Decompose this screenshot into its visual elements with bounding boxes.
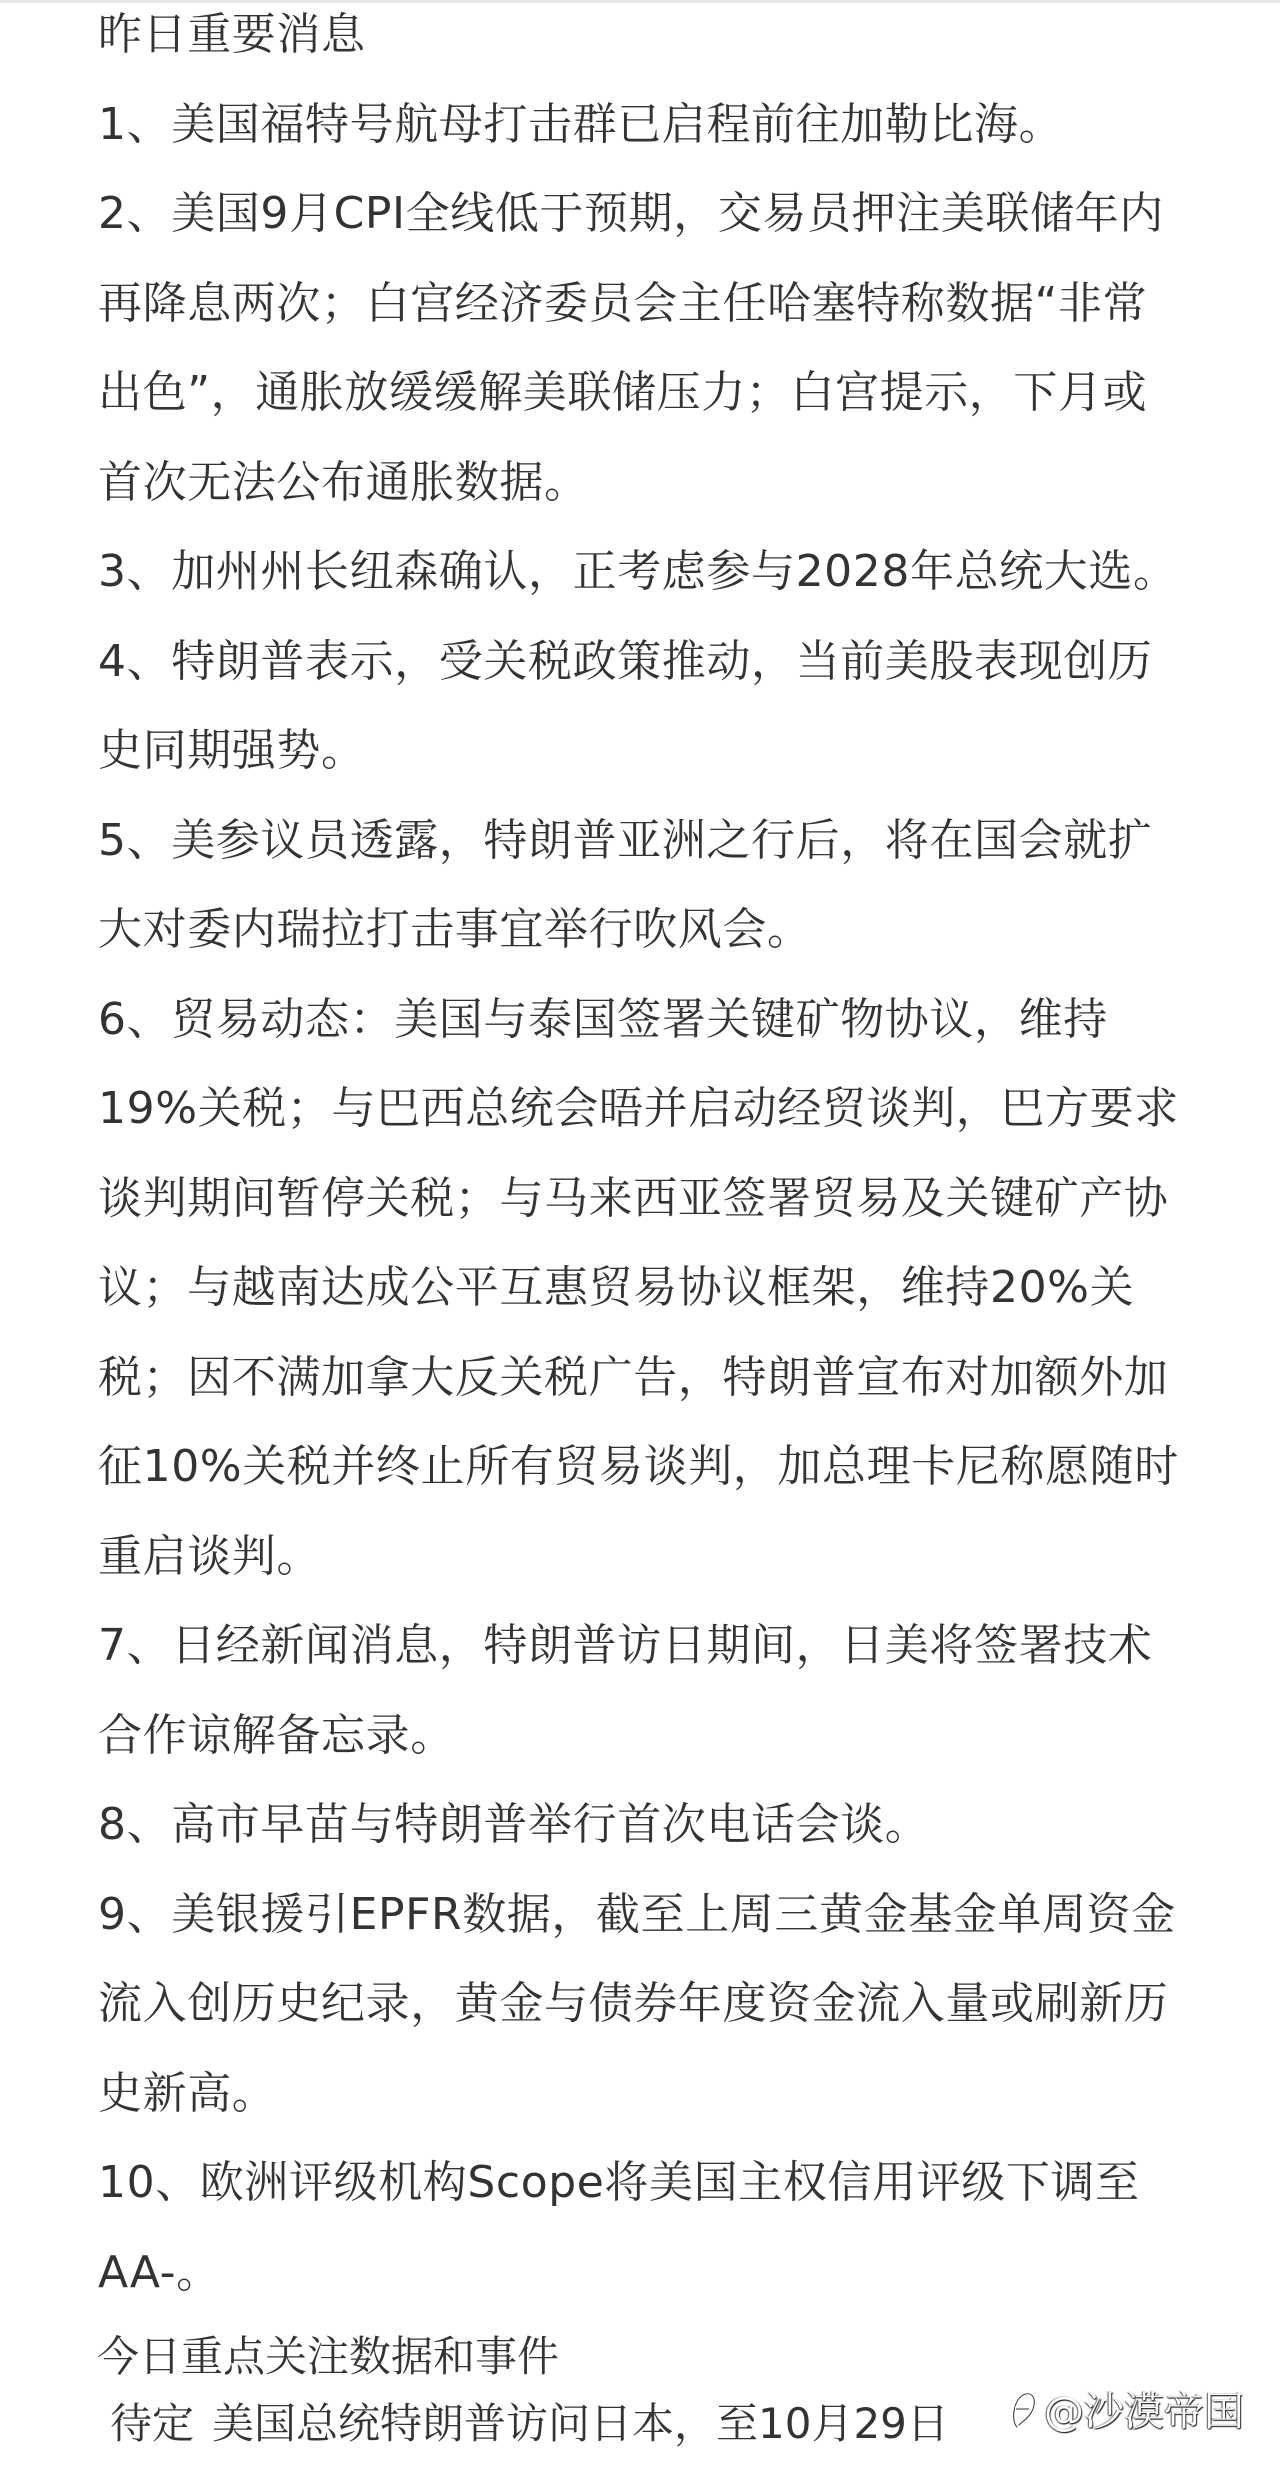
news-item-1: 1、美国福特号航母打击群已启程前往加勒比海。 [98,80,1198,170]
news-item-line: 19%关税；与巴西总统会晤并启动经贸谈判，巴方要求 [98,1064,1198,1154]
news-item-3: 3、加州州长纽森确认，正考虑参与2028年总统大选。 [98,527,1198,617]
news-item-10: 10、欧洲评级机构Scope将美国主权信用评级下调至 AA-。 [98,2138,1198,2317]
news-item-9: 9、美银援引EPFR数据，截至上周三黄金基金单周资金 流入创历史纪录，黄金与债券… [98,1870,1198,2139]
news-item-line: 流入创历史纪录，黄金与债券年度资金流入量或刷新历 [98,1959,1198,2049]
news-item-line: 再降息两次；白宫经济委员会主任哈塞特称数据“非常 [98,259,1198,349]
news-item-8: 8、高市早苗与特朗普举行首次电话会谈。 [98,1780,1198,1870]
article-body: 昨日重要消息 1、美国福特号航母打击群已启程前往加勒比海。 2、美国9月CPI全… [98,0,1198,2317]
news-item-line: 史同期强势。 [98,706,1198,796]
news-item-7: 7、日经新闻消息，特朗普访日期间，日美将签署技术 合作谅解备忘录。 [98,1601,1198,1780]
news-item-line: 8、高市早苗与特朗普举行首次电话会谈。 [98,1780,1198,1870]
watermark-author-name: @沙漠帝国 [1044,2380,1244,2437]
news-item-line: 4、特朗普表示，受关税政策推动，当前美股表现创历 [98,617,1198,707]
section-title-yesterday-news: 昨日重要消息 [98,0,1198,80]
news-item-line: 议；与越南达成公平互惠贸易协议框架，维持20%关 [98,1243,1198,1333]
news-item-4: 4、特朗普表示，受关税政策推动，当前美股表现创历 史同期强势。 [98,617,1198,796]
news-item-line: 7、日经新闻消息，特朗普访日期间，日美将签署技术 [98,1601,1198,1691]
event-time-tag: 待定 [110,2399,194,2448]
section-title-today-focus: 今日重点关注数据和事件 [97,2322,1197,2392]
news-item-line: 大对委内瑞拉打击事宜举行吹风会。 [98,885,1198,975]
news-item-5: 5、美参议员透露，特朗普亚洲之行后，将在国会就扩 大对委内瑞拉打击事宜举行吹风会… [98,796,1198,975]
news-item-line: 出色”，通胀放缓缓解美联储压力；白宫提示，下月或 [98,348,1198,438]
news-item-6: 6、贸易动态：美国与泰国签署关键矿物协议，维持 19%关税；与巴西总统会晤并启动… [98,975,1198,1602]
news-item-line: AA-。 [98,2228,1198,2318]
news-item-line: 谈判期间暂停关税；与马来西亚签署贸易及关键矿产协 [98,1154,1198,1244]
news-item-2: 2、美国9月CPI全线低于预期，交易员押注美联储年内 再降息两次；白宫经济委员会… [98,169,1198,527]
news-item-line: 史新高。 [98,2049,1198,2139]
news-item-line: 合作谅解备忘录。 [98,1691,1198,1781]
news-item-line: 9、美银援引EPFR数据，截至上周三黄金基金单周资金 [98,1870,1198,1960]
news-item-line: 税；因不满加拿大反关税广告，特朗普宣布对加额外加 [98,1333,1198,1423]
event-description: 美国总统特朗普访问日本，至10月29日 [212,2399,949,2448]
news-item-line: 6、贸易动态：美国与泰国签署关键矿物协议，维持 [98,975,1198,1065]
toutiao-logo-icon [1006,2386,1040,2430]
news-item-line: 征10%关税并终止所有贸易谈判，加总理卡尼称愿随时 [98,1422,1198,1512]
news-item-line: 1、美国福特号航母打击群已启程前往加勒比海。 [98,80,1198,170]
author-watermark: @沙漠帝国 [1006,2383,1244,2433]
news-item-line: 10、欧洲评级机构Scope将美国主权信用评级下调至 [98,2138,1198,2228]
news-item-line: 重启谈判。 [98,1512,1198,1602]
news-item-line: 5、美参议员透露，特朗普亚洲之行后，将在国会就扩 [98,796,1198,886]
news-item-line: 首次无法公布通胀数据。 [98,438,1198,528]
news-item-line: 2、美国9月CPI全线低于预期，交易员押注美联储年内 [98,169,1198,259]
news-item-line: 3、加州州长纽森确认，正考虑参与2028年总统大选。 [98,527,1198,617]
